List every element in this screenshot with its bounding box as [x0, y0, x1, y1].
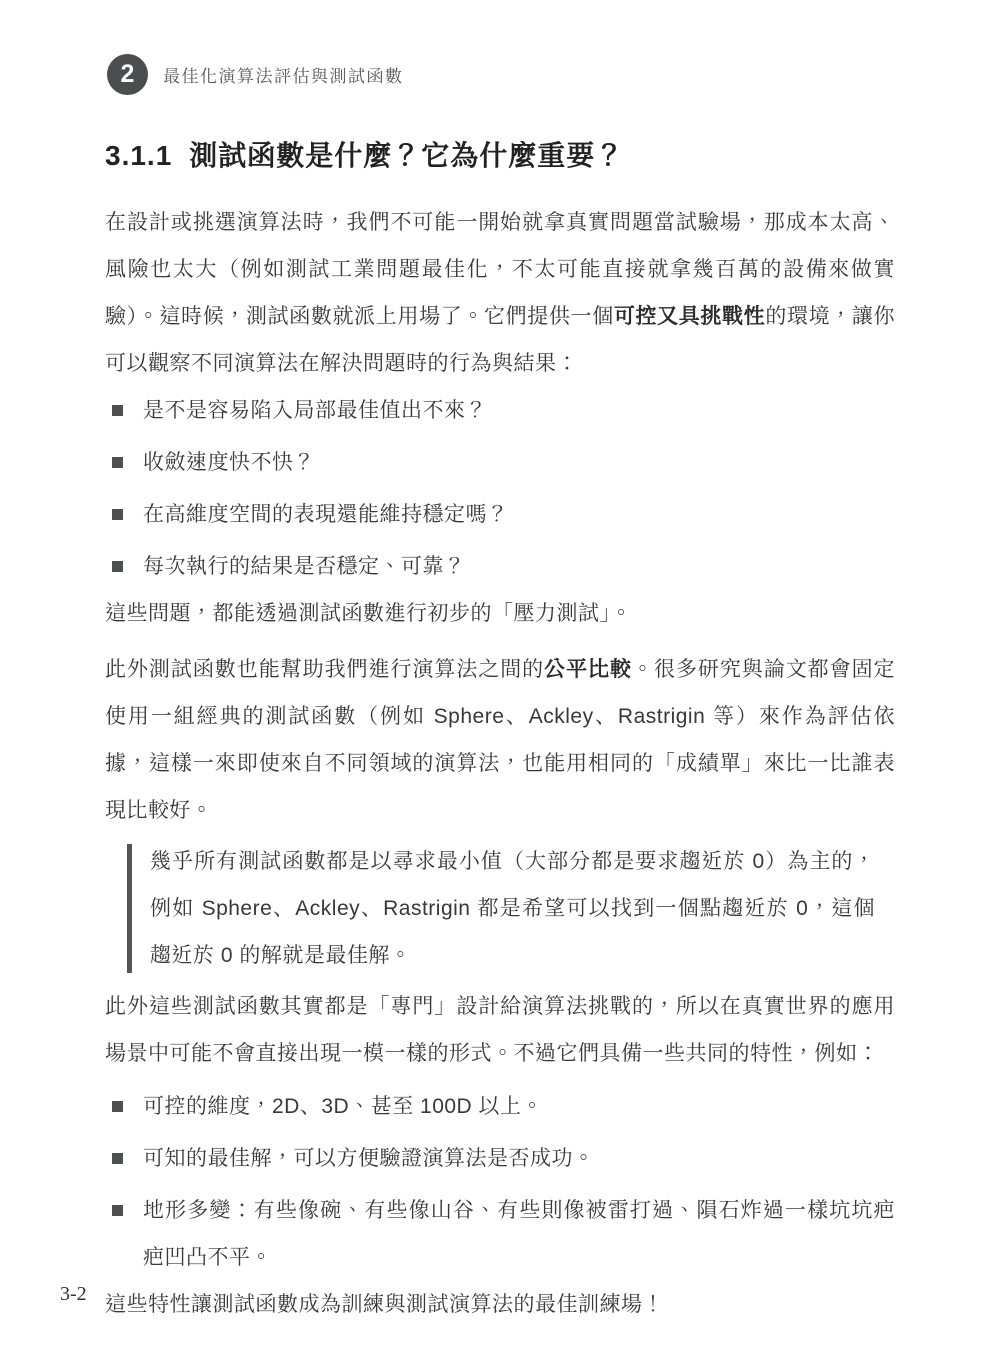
- list-item-label: 可知的最佳解，可以方便驗證演算法是否成功。: [143, 1135, 595, 1182]
- list-item: 在高維度空間的表現還能維持穩定嗎？: [112, 491, 895, 538]
- list-item-label: 每次執行的結果是否穩定、可靠？: [143, 543, 466, 590]
- list-item: 每次執行的結果是否穩定、可靠？: [112, 543, 895, 590]
- quote-text: 幾乎所有測試函數都是以尋求最小值（大部分都是要求趨近於 0）為主的，例如 Sph…: [132, 838, 875, 979]
- list-item: 可知的最佳解，可以方便驗證演算法是否成功。: [112, 1135, 895, 1182]
- page-number: 3-2: [60, 1283, 87, 1306]
- book-page: 2 最佳化演算法評估與測試函數 3.1.1 測試函數是什麼？它為什麼重要？ 在設…: [0, 0, 1000, 1353]
- feature-bullet-list: 可控的維度，2D、3D、甚至 100D 以上。 可知的最佳解，可以方便驗證演算法…: [105, 1083, 895, 1281]
- paragraph-intro: 在設計或挑選演算法時，我們不可能一開始就拿真實問題當試驗場，那成本太高、風險也太…: [105, 199, 895, 387]
- chapter-title: 最佳化演算法評估與測試函數: [163, 62, 404, 87]
- main-content: 3.1.1 測試函數是什麼？它為什麼重要？ 在設計或挑選演算法時，我們不可能一開…: [105, 136, 895, 1328]
- paragraph-conclusion: 這些特性讓測試函數成為訓練與測試演算法的最佳訓練場！: [105, 1281, 895, 1328]
- list-item: 地形多變：有些像碗、有些像山谷、有些則像被雷打過、隕石炸過一樣坑坑疤疤凹凸不平。: [112, 1187, 895, 1281]
- square-bullet-icon: [112, 509, 123, 520]
- paragraph-fair-comparison: 此外測試函數也能幫助我們進行演算法之間的公平比較。很多研究與論文都會固定使用一組…: [105, 646, 895, 834]
- bold-emphasis: 公平比較: [544, 658, 632, 681]
- paragraph-characteristics: 此外這些測試函數其實都是「專門」設計給演算法挑戰的，所以在真實世界的應用場景中可…: [105, 983, 895, 1077]
- bold-emphasis: 可控又具挑戰性: [614, 305, 765, 328]
- section-number: 3.1.1: [105, 136, 172, 176]
- square-bullet-icon: [112, 405, 123, 416]
- list-item: 收斂速度快不快？: [112, 439, 895, 486]
- chapter-number-badge: 2: [107, 54, 148, 95]
- square-bullet-icon: [112, 1205, 123, 1216]
- list-item: 是不是容易陷入局部最佳值出不來？: [112, 387, 895, 434]
- list-item-label: 是不是容易陷入局部最佳值出不來？: [143, 387, 487, 434]
- paragraph-stress-test: 這些問題，都能透過測試函數進行初步的「壓力測試」。: [105, 590, 895, 637]
- list-item-label: 地形多變：有些像碗、有些像山谷、有些則像被雷打過、隕石炸過一樣坑坑疤疤凹凸不平。: [143, 1187, 895, 1281]
- square-bullet-icon: [112, 561, 123, 572]
- list-item-label: 可控的維度，2D、3D、甚至 100D 以上。: [143, 1083, 543, 1130]
- question-bullet-list: 是不是容易陷入局部最佳值出不來？ 收斂速度快不快？ 在高維度空間的表現還能維持穩…: [105, 387, 895, 590]
- list-item-label: 在高維度空間的表現還能維持穩定嗎？: [143, 491, 509, 538]
- note-blockquote: 幾乎所有測試函數都是以尋求最小值（大部分都是要求趨近於 0）為主的，例如 Sph…: [127, 838, 875, 979]
- square-bullet-icon: [112, 457, 123, 468]
- square-bullet-icon: [112, 1153, 123, 1164]
- section-title: 測試函數是什麼？它為什麼重要？: [189, 136, 624, 176]
- section-heading: 3.1.1 測試函數是什麼？它為什麼重要？: [105, 136, 895, 176]
- chapter-header: 2 最佳化演算法評估與測試函數: [107, 54, 404, 95]
- paragraph-text: 。很多研究與論文都會固定使用一組經典的測試函數（例如 Sphere、Ackley…: [105, 658, 895, 822]
- list-item-label: 收斂速度快不快？: [143, 439, 315, 486]
- list-item: 可控的維度，2D、3D、甚至 100D 以上。: [112, 1083, 895, 1130]
- square-bullet-icon: [112, 1101, 123, 1112]
- paragraph-text: 此外測試函數也能幫助我們進行演算法之間的: [105, 658, 544, 681]
